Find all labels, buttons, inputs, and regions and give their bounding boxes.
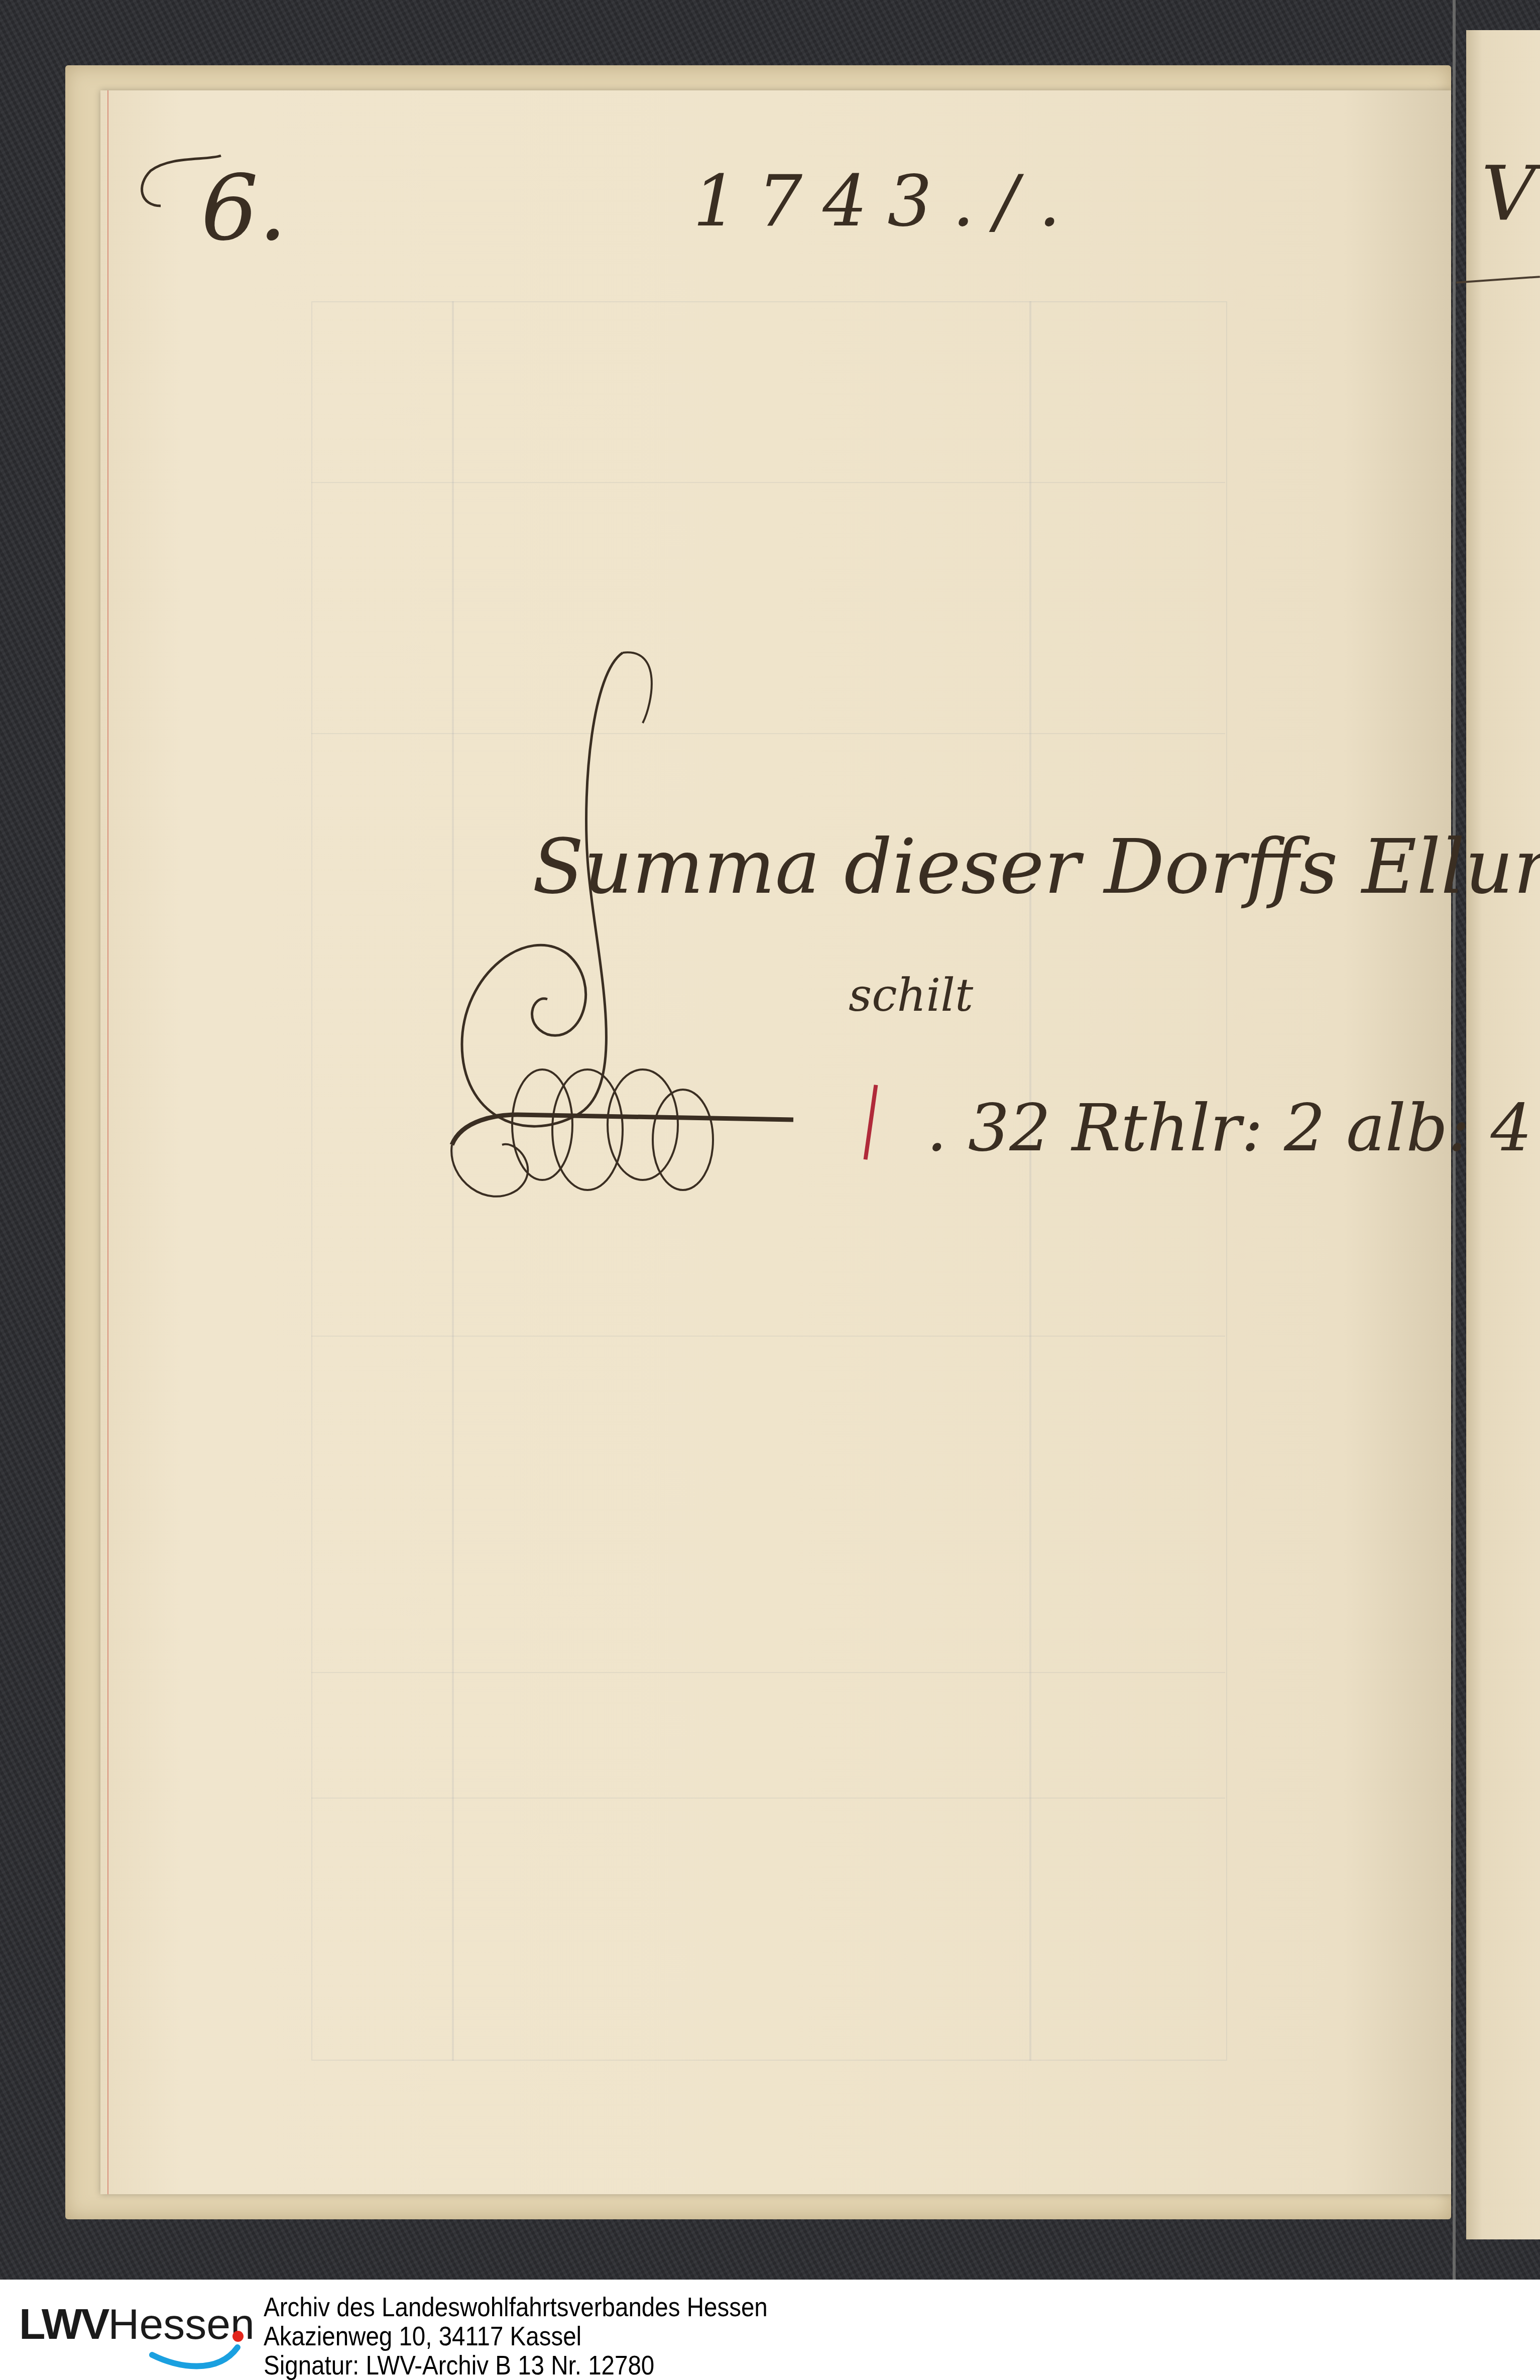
lwv-hessen-logo: LWVHessen xyxy=(19,2300,240,2375)
right-page-fragment: V xyxy=(1481,151,1535,238)
sum-amount: . 32 Rthlr: 2 alb: 4 hlr: xyxy=(926,1090,1540,1166)
summa-heading: Summa dieser Dorffs Ellurodt xyxy=(532,823,1540,911)
bleed-through-row xyxy=(311,733,1225,734)
archive-name: Archiv des Landeswohlfahrtsverbandes Hes… xyxy=(264,2293,768,2322)
sum-line-flourish xyxy=(442,1064,894,1205)
bleed-through-row xyxy=(311,1336,1225,1337)
bleed-through-column xyxy=(1029,301,1031,2061)
page-number-flourish xyxy=(131,151,231,226)
logo-light-part: Hessen xyxy=(108,2300,255,2348)
bleed-through-row xyxy=(311,482,1225,483)
logo-bold-part: LWV xyxy=(19,2300,108,2348)
manuscript-scan: 6. 1743./. Summa dieser Dorffs Ellurodt … xyxy=(0,0,1540,2280)
sub-word: schilt xyxy=(849,969,973,1022)
logo-swoosh-icon xyxy=(147,2345,243,2375)
bleed-through-row xyxy=(311,1672,1225,1673)
logo-red-dot-icon xyxy=(232,2331,244,2342)
logo-wordmark: LWVHessen xyxy=(19,2300,255,2349)
year-header: 1743./. xyxy=(693,161,1081,243)
bleed-through-row xyxy=(311,1798,1225,1799)
archive-signature: Signatur: LWV-Archiv B 13 Nr. 12780 xyxy=(264,2351,654,2380)
archive-address: Akazienweg 10, 34117 Kassel xyxy=(264,2322,581,2351)
